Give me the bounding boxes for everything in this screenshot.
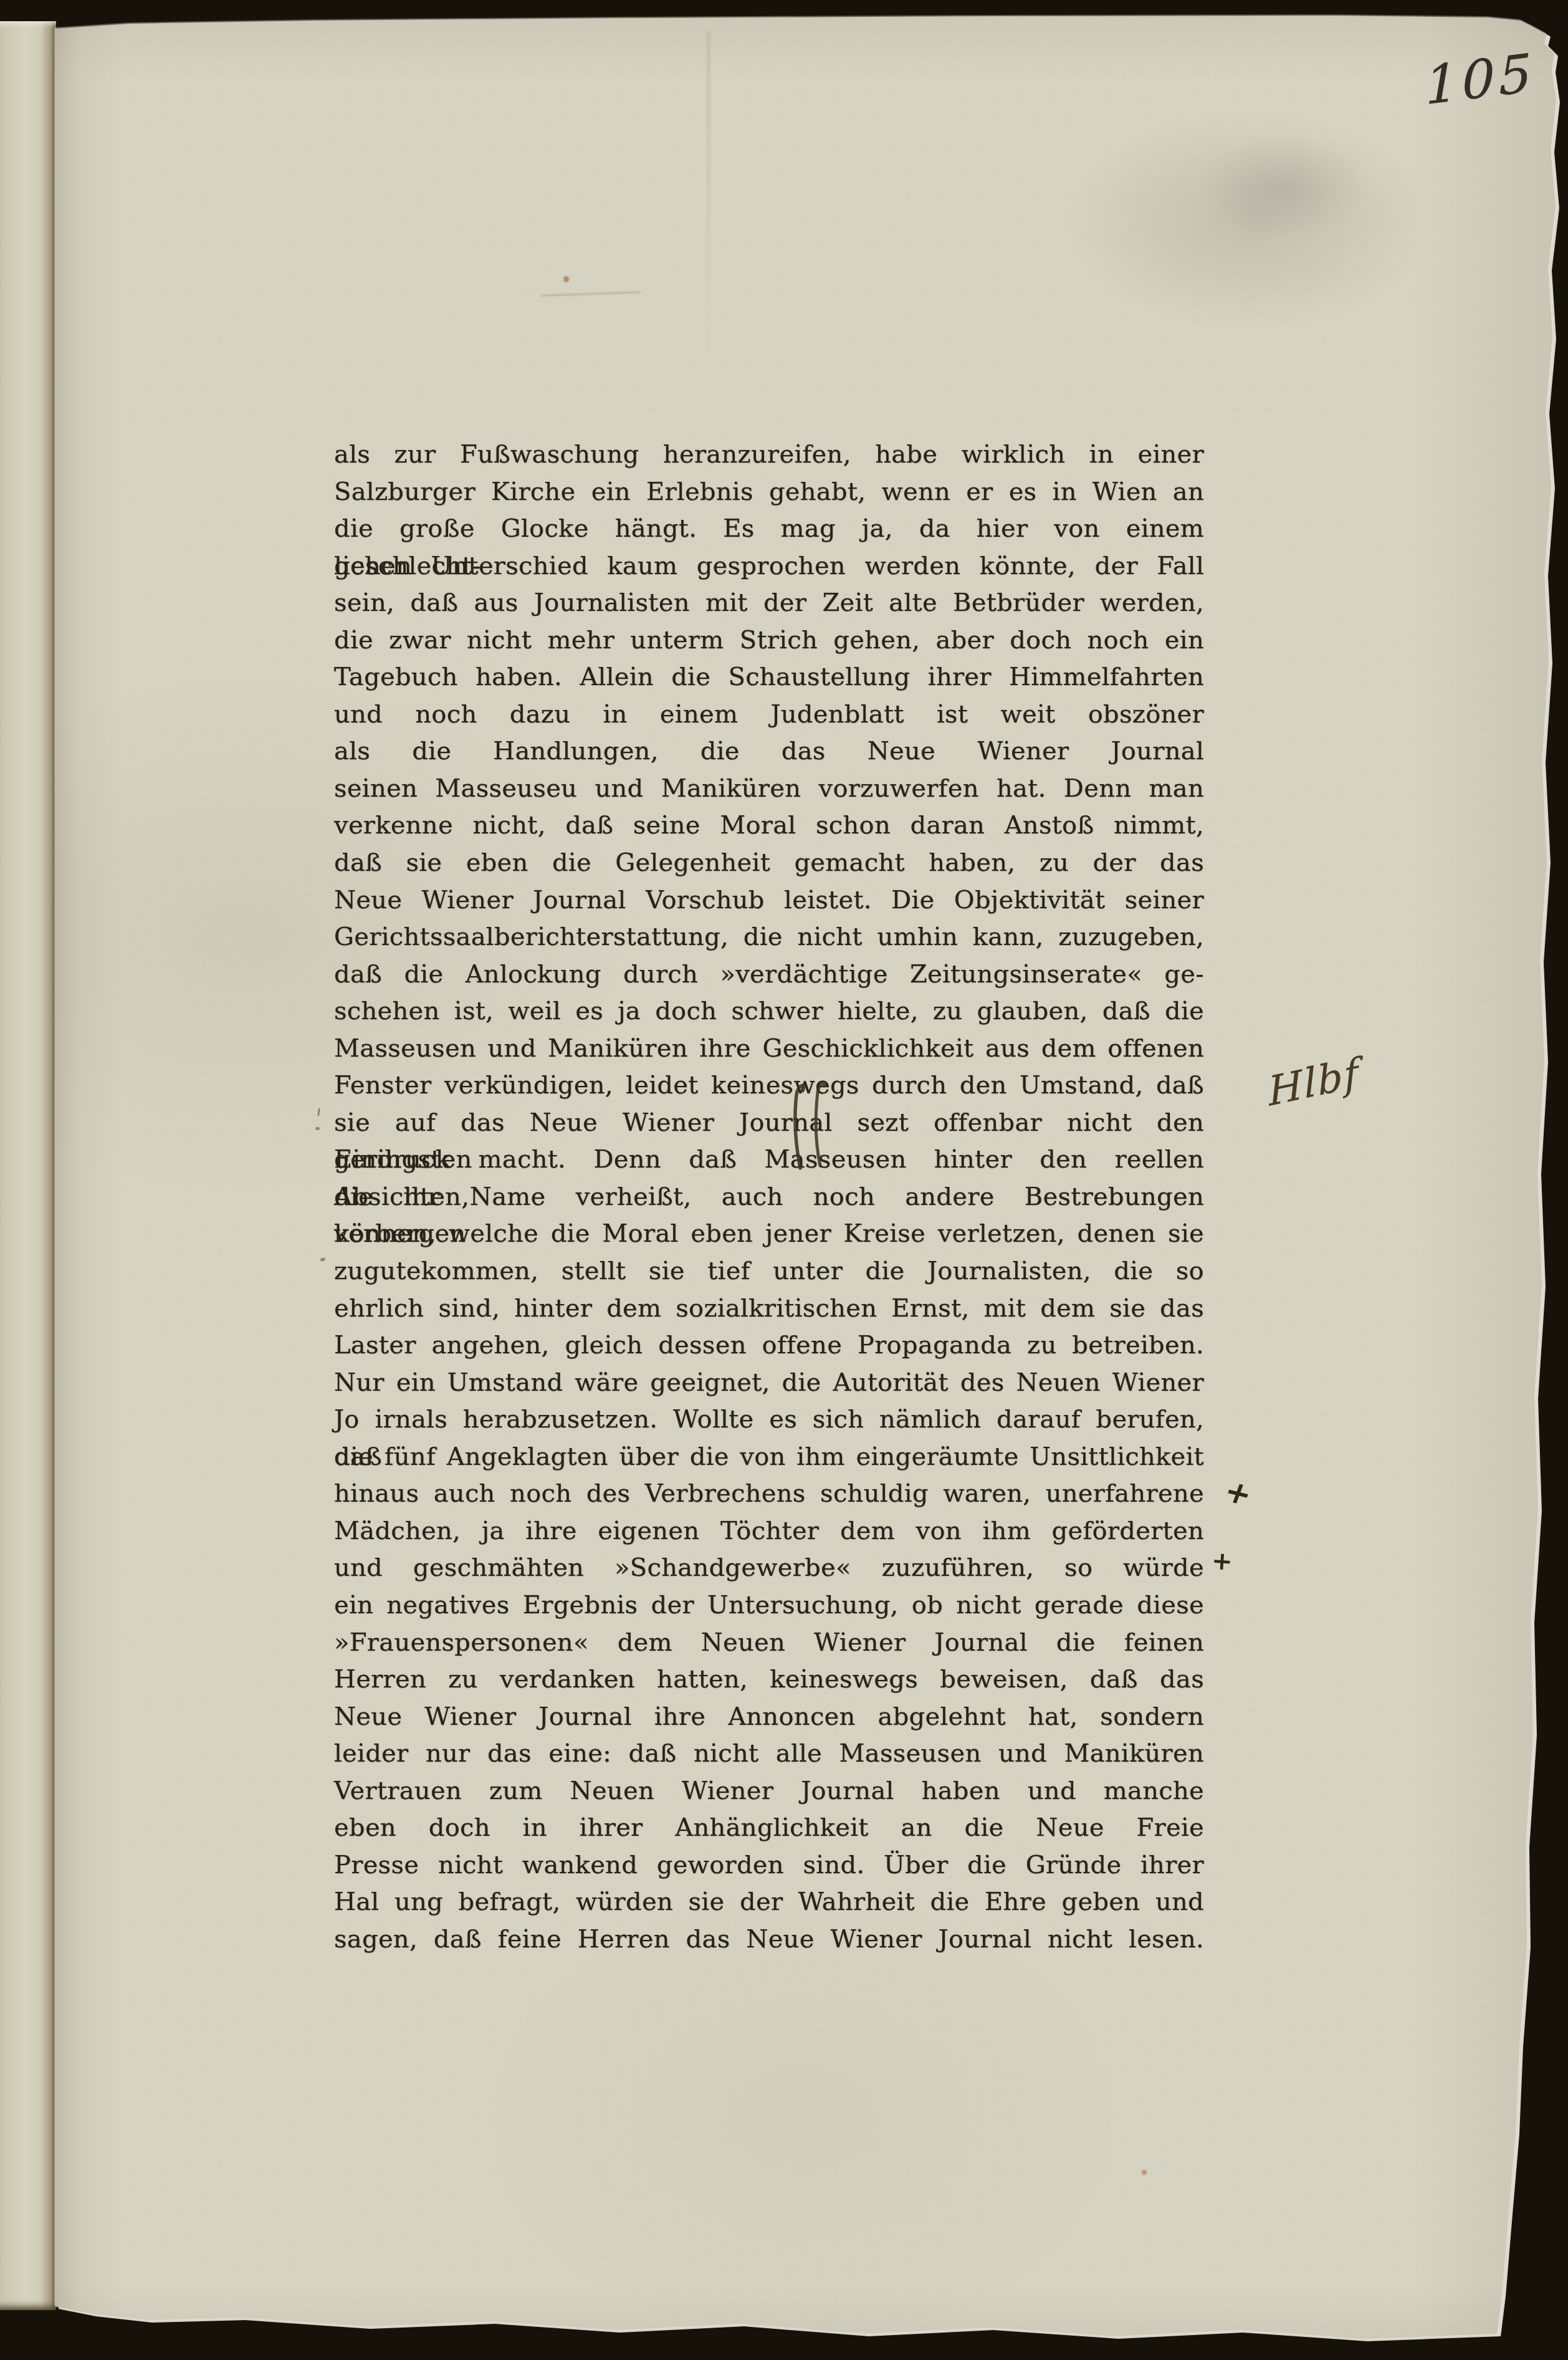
text-line: Neue Wiener Journal ihre Annoncen abgele… [334,1699,1204,1736]
text-line: eben doch in ihrer Anhänglichkeit an die… [334,1810,1204,1847]
text-line: Presse nicht wankend geworden sind. Über… [334,1847,1204,1884]
text-line: Gerichtssaalberichterstattung, die nicht… [334,919,1204,956]
margin-pencil-tick [315,1127,320,1130]
text-line: daß die Anlockung durch »verdächtige Zei… [334,956,1204,994]
text-line: sein, daß aus Journalisten mit der Zeit … [334,585,1204,622]
text-line: die zwar nicht mehr unterm Strich gehen,… [334,622,1204,660]
text-line: sagen, daß feine Herren das Neue Wiener … [334,1921,1204,1959]
text-line: Laster angehen, gleich dessen offene Pro… [334,1327,1204,1365]
text-line: können, welche die Moral eben jener Krei… [334,1216,1204,1253]
page-sheet-wrapper: 105 als zur Fußwaschung heranzureifen, h… [0,0,1568,2360]
text-line: Jo irnals herabzusetzen. Wollte es sich … [334,1401,1204,1439]
text-line: als zur Fußwaschung heranzureifen, habe … [334,436,1204,474]
text-line: Masseusen und Maniküren ihre Geschicklic… [334,1030,1204,1068]
text-line: Vertrauen zum Neuen Wiener Journal haben… [334,1773,1204,1810]
text-line: Hal ung befragt, würden sie der Wahrheit… [334,1884,1204,1921]
margin-plus-mark-bottom: + [1210,1547,1233,1576]
text-line: hinaus auch noch des Verbrechens schuldi… [334,1475,1204,1513]
body-text: als zur Fußwaschung heranzureifen, habe … [334,436,1204,1958]
text-line: und geschmähten »Schandgewerbe« zuzuführ… [334,1550,1204,1587]
text-line: leider nur das eine: daß nicht alle Mass… [334,1735,1204,1773]
text-line: die große Glocke hängt. Es mag ja, da hi… [334,511,1204,548]
page-sheet: 105 als zur Fußwaschung heranzureifen, h… [55,0,1568,2360]
text-line: seinen Masseuseu und Maniküren vorzuwerf… [334,770,1204,808]
text-line: ehrlich sind, hinter dem sozialkritische… [334,1290,1204,1328]
text-line: Herren zu verdanken hatten, keineswegs b… [334,1661,1204,1699]
handwritten-page-number: 105 [1425,42,1536,117]
text-line: Fenster verkündigen, leidet keineswegs d… [334,1067,1204,1105]
paper-speck [1142,2170,1147,2175]
text-line: die fünf Angeklagten über die von ihm ei… [334,1439,1204,1476]
margin-correction-note: Hlbf [1267,1050,1361,1116]
paper-speck [563,276,569,282]
text-line: verkenne nicht, daß seine Moral schon da… [334,807,1204,845]
paper-crease [707,31,710,355]
text-line: Tagebuch haben. Allein die Schaustellung… [334,659,1204,696]
text-line: »Frauenspersonen« dem Neuen Wiener Journ… [334,1624,1204,1662]
text-line: die ihr Name verheißt, auch noch andere … [334,1179,1204,1216]
text-line: als die Handlungen, die das Neue Wiener … [334,733,1204,770]
text-line: Salzburger Kirche ein Erlebnis gehabt, w… [334,474,1204,511]
text-line: Nur ein Umstand wäre geeignet, die Autor… [334,1365,1204,1402]
margin-pencil-tick [320,1257,325,1262]
text-line: zugutekommen, stellt sie tief unter die … [334,1253,1204,1290]
text-line: sie auf das Neue Wiener Journal sezt off… [334,1105,1204,1142]
text-line: Mädchen, ja ihre eigenen Töchter dem von… [334,1513,1204,1550]
text-line: Eindruck macht. Denn daß Masseusen hinte… [334,1141,1204,1179]
text-line: lichen Unterschied kaum gesprochen werde… [334,548,1204,585]
margin-pencil-tick [317,1108,320,1116]
paper-scratch [541,291,641,297]
text-line: ein negatives Ergebnis der Untersuchung,… [334,1587,1204,1624]
text-line: schehen ist, weil es ja doch schwer hiel… [334,993,1204,1030]
text-line: und noch dazu in einem Judenblatt ist we… [334,696,1204,734]
handwritten-correction-strokes [779,1080,848,1174]
text-line: daß sie eben die Gelegenheit gemacht hab… [334,845,1204,882]
scanned-book-page: { "document": { "handwritten_page_number… [0,0,1568,2360]
text-line: Neue Wiener Journal Vorschub leistet. Di… [334,882,1204,919]
margin-plus-mark-top: + [1220,1473,1258,1513]
